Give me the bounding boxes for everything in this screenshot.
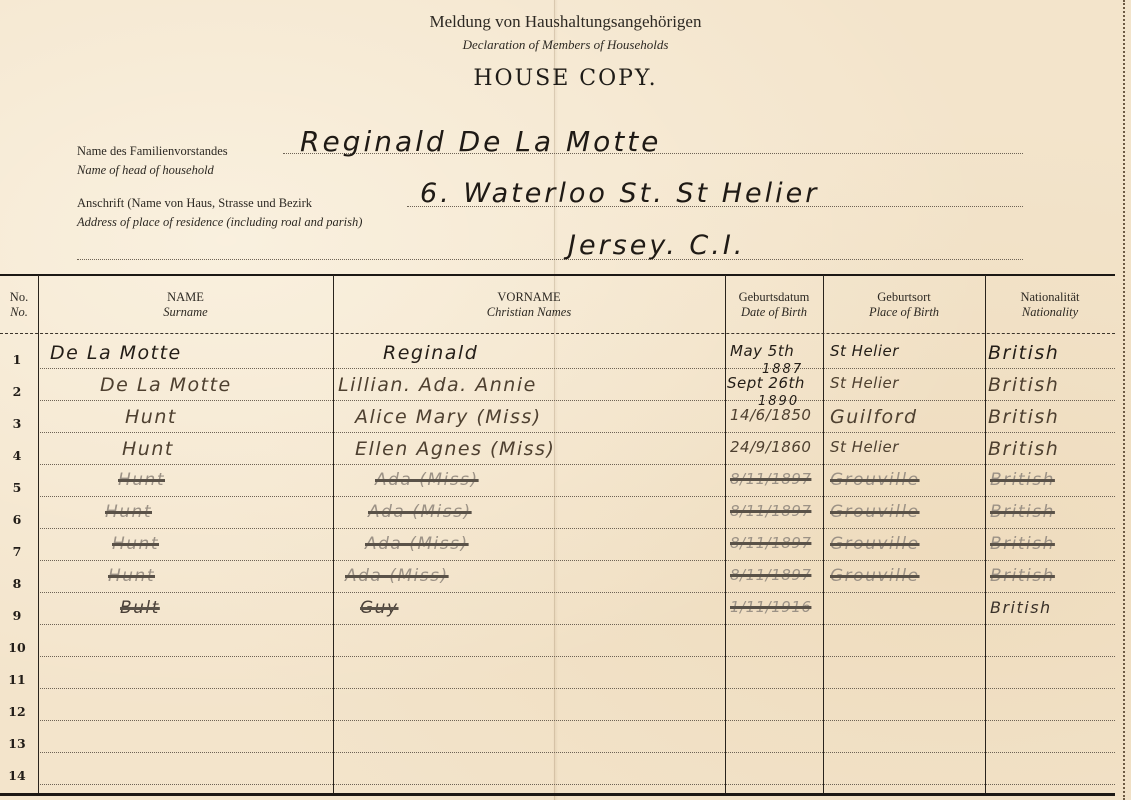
christian-names-cell-struck: Guy [360, 598, 399, 618]
table-row: 14 [0, 756, 1115, 788]
table-row: 6 Hunt Ada (Miss) 8/11/1897 Grouville Br… [0, 500, 1115, 532]
head-label-en: Name of head of household [77, 163, 214, 178]
place-of-birth-cell-struck: Grouville [830, 502, 920, 522]
row-dotline [40, 528, 1115, 529]
row-number: 6 [0, 512, 34, 527]
row-dotline [40, 496, 1115, 497]
row-dotline [40, 560, 1115, 561]
row-dotline [40, 752, 1115, 753]
place-of-birth-cell-struck: Grouville [830, 566, 920, 586]
row-number: 2 [0, 384, 34, 399]
surname-cell-struck: Hunt [118, 470, 165, 490]
table-top-rule [0, 274, 1115, 276]
col-header-en: Nationality [985, 305, 1115, 320]
form-title-german: Meldung von Haushaltungsangehörigen [0, 12, 1131, 32]
row-number: 13 [0, 736, 34, 751]
col-header-en: Surname [38, 305, 333, 320]
place-of-birth-cell: St Helier [830, 374, 899, 392]
surname-cell-struck: Hunt [108, 566, 155, 586]
place-of-birth-cell-struck: Grouville [830, 470, 920, 490]
table-row: 13 [0, 724, 1115, 756]
nationality-cell: British [988, 374, 1059, 396]
house-copy-label: HOUSE COPY. [0, 66, 1131, 91]
table-row: 8 Hunt Ada (Miss) 8/11/1897 Grouville Br… [0, 564, 1115, 596]
col-header-de: Geburtsdatum [739, 290, 810, 304]
col-header-en: Christian Names [333, 305, 725, 320]
row-number: 4 [0, 448, 34, 463]
dob-cell: 24/9/1860 [730, 438, 811, 456]
table-row: 2 De La Motte Lillian. Ada. Annie Sept 2… [0, 372, 1115, 404]
surname-cell-struck: Bult [120, 598, 160, 618]
nationality-cell-struck: British [990, 534, 1055, 554]
row-dotline [40, 688, 1115, 689]
row-dotline [40, 368, 1115, 369]
christian-names-cell: Alice Mary (Miss) [355, 406, 542, 428]
dob-cell: 14/6/1850 [730, 406, 811, 424]
dob-cell-struck: 8/11/1897 [730, 566, 811, 584]
address-label-en: Address of place of residence (including… [77, 215, 362, 230]
row-number: 1 [0, 352, 34, 367]
row-dotline [40, 720, 1115, 721]
nationality-cell: British [988, 438, 1059, 460]
col-header-de: Nationalität [1020, 290, 1079, 304]
nationality-cell-struck: British [990, 470, 1055, 490]
surname-cell: De La Motte [50, 342, 182, 364]
table-row: 7 Hunt Ada (Miss) 8/11/1897 Grouville Br… [0, 532, 1115, 564]
col-header-date-of-birth: Geburtsdatum Date of Birth [725, 290, 823, 320]
place-of-birth-cell: St Helier [830, 438, 899, 456]
nationality-cell: British [990, 598, 1052, 617]
col-header-no: No. No. [0, 290, 38, 320]
col-header-de: VORNAME [497, 290, 560, 304]
surname-cell: De La Motte [100, 374, 232, 396]
table-row: 10 [0, 628, 1115, 660]
dob-cell-struck: 8/11/1897 [730, 470, 811, 488]
christian-names-cell: Lillian. Ada. Annie [338, 374, 537, 396]
nationality-cell-struck: British [990, 566, 1055, 586]
form-title-english: Declaration of Members of Households [0, 37, 1131, 53]
col-header-en: No. [0, 305, 38, 320]
row-number: 3 [0, 416, 34, 431]
row-number: 7 [0, 544, 34, 559]
row-dotline [40, 464, 1115, 465]
dob-cell: Sept 26th [727, 374, 805, 392]
table-row: 12 [0, 692, 1115, 724]
dob-cell-struck: 8/11/1897 [730, 534, 811, 552]
row-number: 10 [0, 640, 34, 655]
surname-cell: Hunt [122, 438, 174, 460]
row-number: 12 [0, 704, 34, 719]
address-line-1: 6. Waterloo St. St Helier [420, 178, 819, 209]
place-of-birth-cell: Guilford [830, 406, 918, 428]
row-dotline [40, 432, 1115, 433]
row-number: 5 [0, 480, 34, 495]
christian-names-cell-struck: Ada (Miss) [368, 502, 472, 522]
nationality-cell-struck: British [990, 502, 1055, 522]
row-dotline [40, 624, 1115, 625]
table-row: 1 De La Motte Reginald May 5th 1887 St H… [0, 340, 1115, 372]
address-dotline-2 [77, 259, 1023, 260]
dob-cell-struck: 1/11/1916 [730, 598, 811, 616]
table-row: 4 Hunt Ellen Agnes (Miss) 24/9/1860 St H… [0, 436, 1115, 468]
christian-names-cell: Ellen Agnes (Miss) [355, 438, 555, 460]
table-bottom-rule [0, 793, 1115, 796]
row-number: 8 [0, 576, 34, 591]
head-label-de: Name des Familienvorstandes [77, 144, 228, 159]
col-header-en: Date of Birth [725, 305, 823, 320]
nationality-cell: British [988, 342, 1059, 364]
col-header-place-of-birth: Geburtsort Place of Birth [823, 290, 985, 320]
row-dotline [40, 592, 1115, 593]
address-label-de: Anschrift (Name von Haus, Strasse und Be… [77, 196, 312, 211]
dob-cell-struck: 8/11/1897 [730, 502, 811, 520]
table-row: 3 Hunt Alice Mary (Miss) 14/6/1850 Guilf… [0, 404, 1115, 436]
place-of-birth-cell: St Helier [830, 342, 899, 360]
christian-names-cell: Reginald [383, 342, 478, 364]
col-header-de: Geburtsort [877, 290, 930, 304]
row-dotline [40, 784, 1115, 785]
col-header-de: No. [10, 290, 28, 304]
table-row: 9 Bult Guy 1/11/1916 British [0, 596, 1115, 628]
christian-names-cell-struck: Ada (Miss) [375, 470, 479, 490]
row-number: 9 [0, 608, 34, 623]
christian-names-cell-struck: Ada (Miss) [365, 534, 469, 554]
col-header-nationality: Nationalität Nationality [985, 290, 1115, 320]
col-header-en: Place of Birth [823, 305, 985, 320]
row-number: 14 [0, 768, 34, 783]
surname-cell: Hunt [125, 406, 177, 428]
head-of-household-value: Reginald De La Motte [300, 125, 661, 158]
nationality-cell: British [988, 406, 1059, 428]
surname-cell-struck: Hunt [105, 502, 152, 522]
place-of-birth-cell-struck: Grouville [830, 534, 920, 554]
torn-edge [1119, 0, 1125, 800]
header-rule [0, 333, 1115, 334]
address-line-2: Jersey. C.I. [568, 230, 745, 261]
table-row: 5 Hunt Ada (Miss) 8/11/1897 Grouville Br… [0, 468, 1115, 500]
row-dotline [40, 656, 1115, 657]
christian-names-cell-struck: Ada (Miss) [345, 566, 449, 586]
table-row: 11 [0, 660, 1115, 692]
col-header-christian-names: VORNAME Christian Names [333, 290, 725, 320]
surname-cell-struck: Hunt [112, 534, 159, 554]
row-dotline [40, 400, 1115, 401]
row-number: 11 [0, 672, 34, 687]
col-header-de: NAME [167, 290, 204, 304]
dob-cell: May 5th [730, 342, 794, 360]
col-header-surname: NAME Surname [38, 290, 333, 320]
